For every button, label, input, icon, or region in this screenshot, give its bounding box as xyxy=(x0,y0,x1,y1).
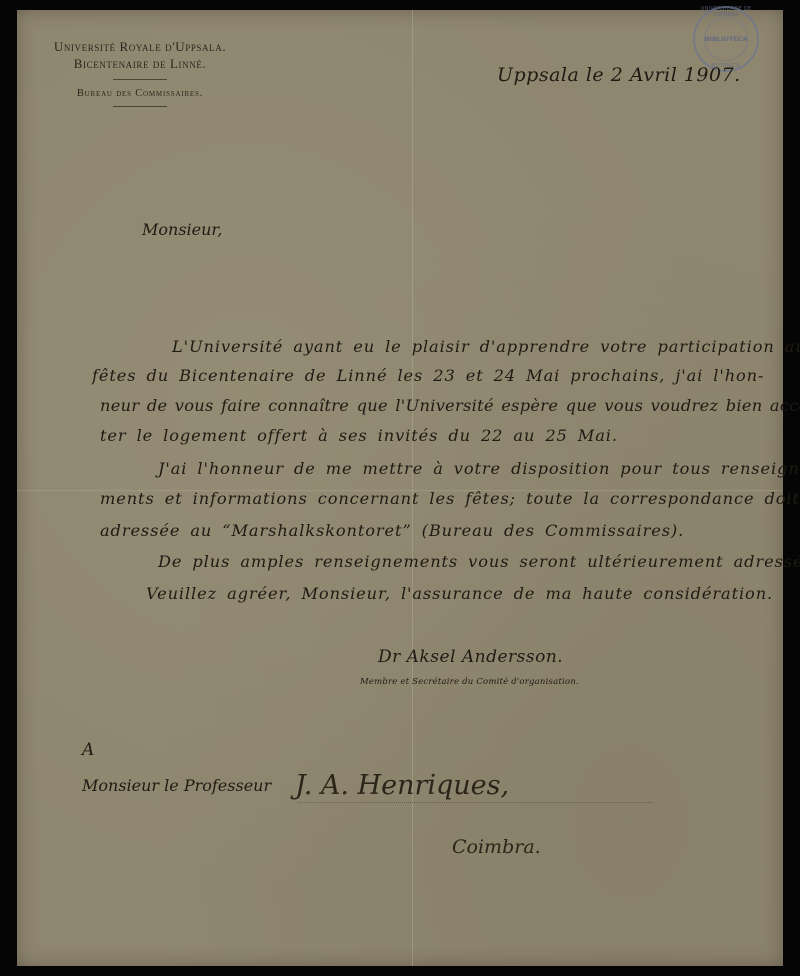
letterhead: Université Royale d'Uppsala. Bicentenair… xyxy=(30,38,250,115)
stamp-ring-top-text: UNIVERSIDADE DE COIMBRA xyxy=(695,6,757,18)
body-line: ments et informations concernant les fêt… xyxy=(100,489,800,508)
letterhead-event: Bicentenaire de Linné. xyxy=(30,55,250,72)
letter-date: Uppsala le 2 Avril 1907. xyxy=(497,64,741,86)
letter-page xyxy=(17,10,783,966)
vertical-fold-line xyxy=(412,10,413,966)
body-line: De plus amples renseignements vous seron… xyxy=(158,552,800,571)
body-line: fêtes du Bicentenaire de Linné les 23 et… xyxy=(92,366,764,385)
stamp-center: BIBLIOTECA xyxy=(704,17,748,61)
body-line: ter le logement offert à ses invités du … xyxy=(100,426,618,445)
address-prefix: A xyxy=(82,740,94,760)
address-recipient-name: J. A. Henriques, xyxy=(295,770,509,801)
body-line: neur de vous faire connaître que l'Unive… xyxy=(100,396,800,415)
salutation: Monsieur, xyxy=(142,220,222,239)
address-dotted-line xyxy=(298,802,653,803)
signature-name: Dr Aksel Andersson. xyxy=(378,647,563,667)
letterhead-divider xyxy=(113,79,167,80)
stamp-center-text: BIBLIOTECA xyxy=(704,35,747,43)
body-line: L'Université ayant eu le plaisir d'appre… xyxy=(172,337,800,356)
body-line: J'ai l'honneur de me mettre à votre disp… xyxy=(158,459,800,478)
body-line: Veuillez agréer, Monsieur, l'assurance d… xyxy=(146,584,773,603)
address-recipient-title: Monsieur le Professeur xyxy=(82,776,271,795)
body-line: adressée au “Marshalkskontoret” (Bureau … xyxy=(100,521,684,540)
signature-title: Membre et Secrétaire du Comité d'organis… xyxy=(360,677,579,687)
letterhead-divider-bottom xyxy=(113,106,167,107)
address-city: Coimbra. xyxy=(452,836,541,858)
library-stamp: UNIVERSIDADE DE COIMBRA BIBLIOTECA BOTÂN… xyxy=(693,6,759,72)
letterhead-office: Bureau des Commissaires. xyxy=(30,88,250,99)
letterhead-university: Université Royale d'Uppsala. xyxy=(30,38,250,55)
